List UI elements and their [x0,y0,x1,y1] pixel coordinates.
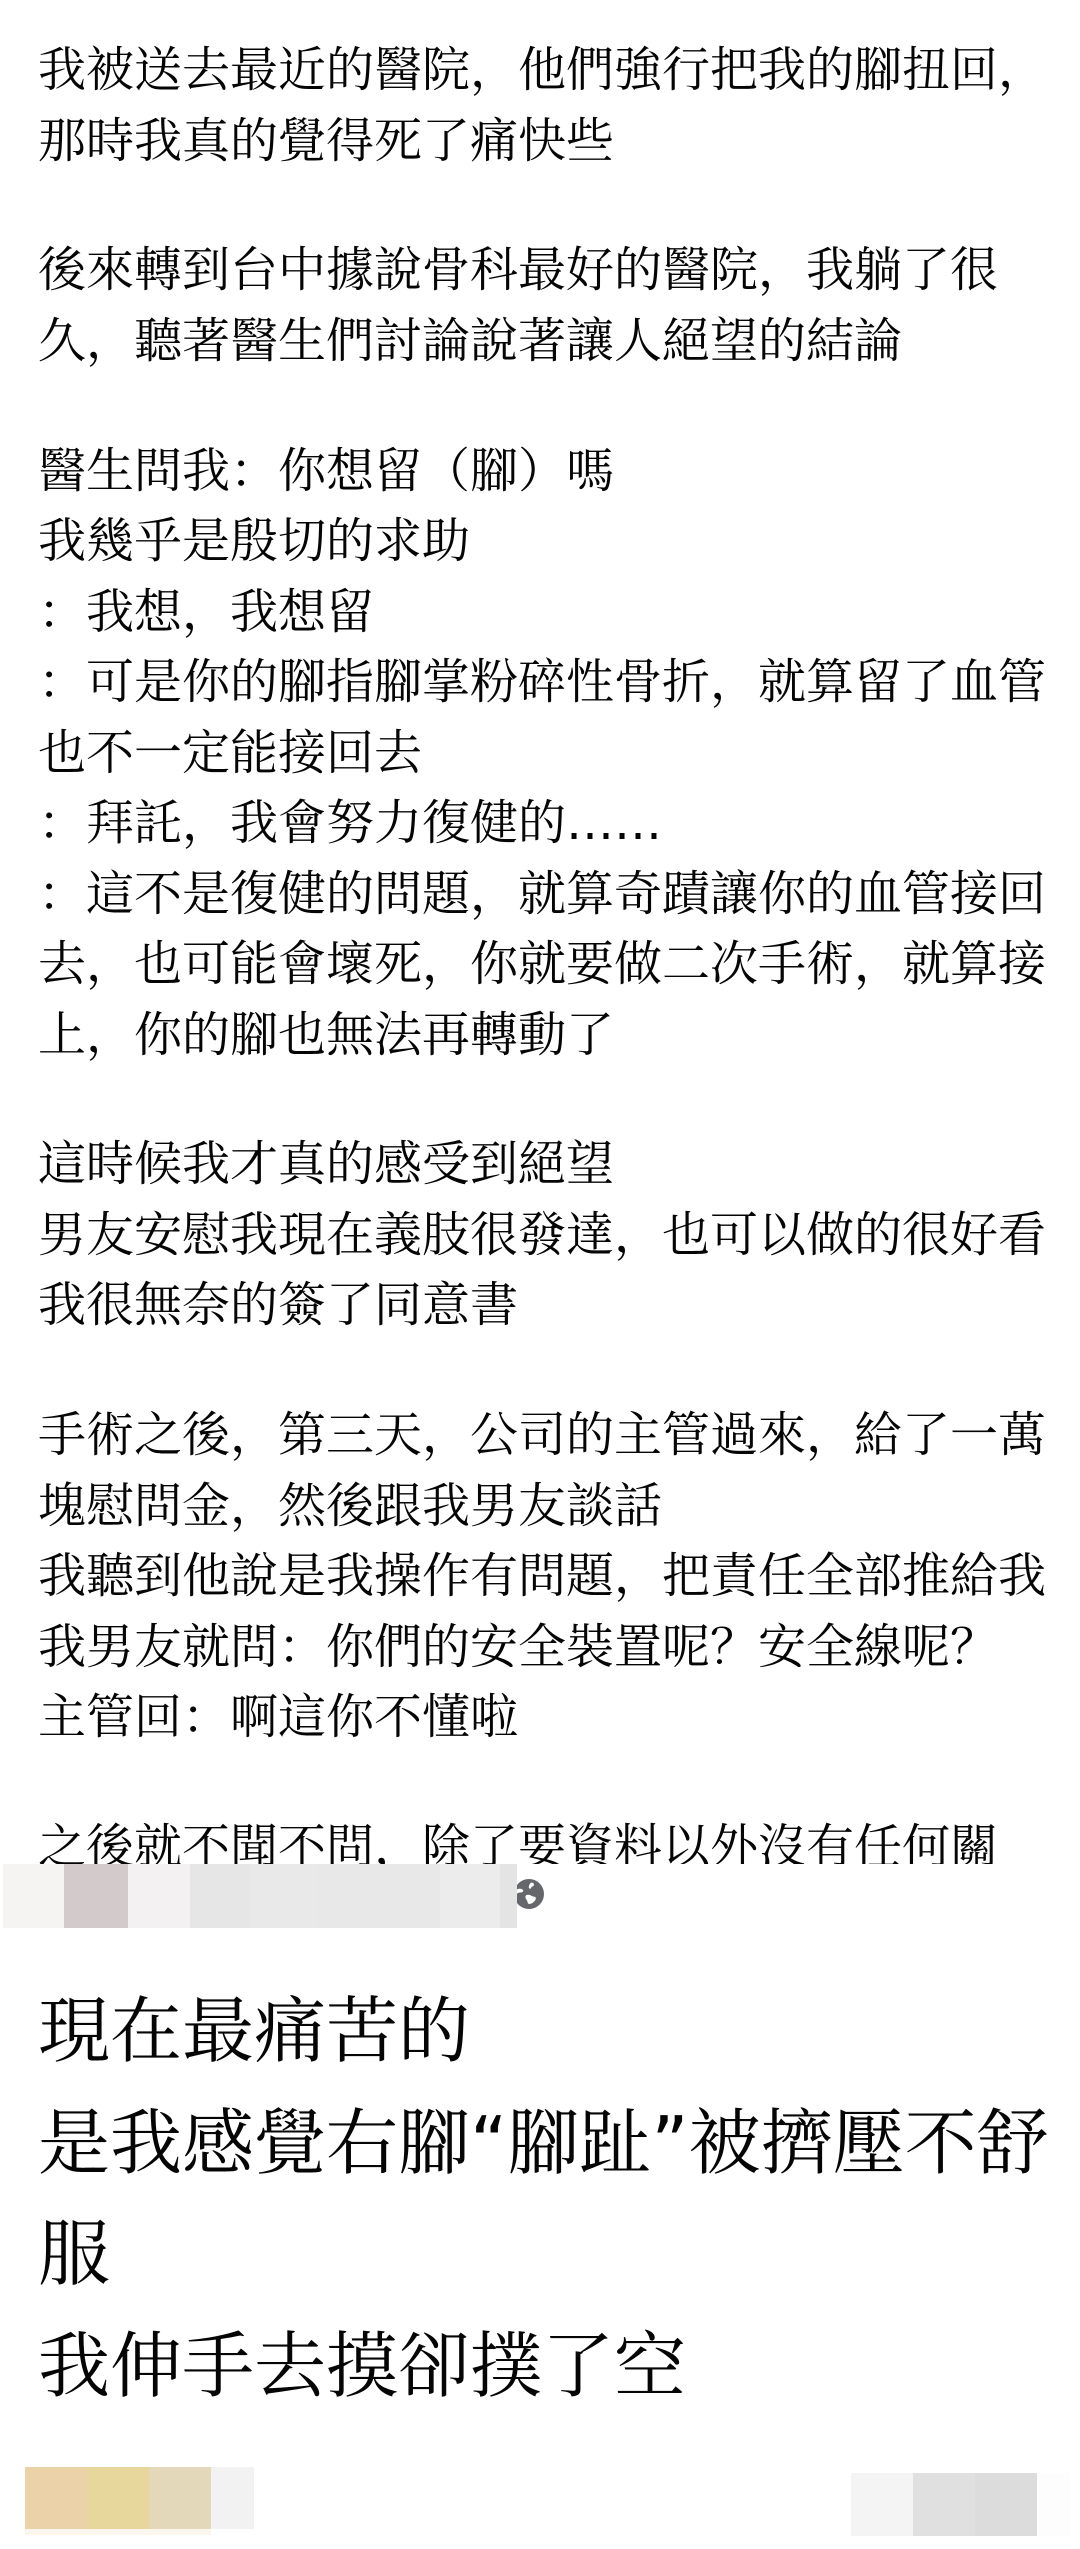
post-text-line: 後來轉到台中據說骨科最好的醫院，我躺了很 [38,235,1080,306]
post-text-line: ：我想，我想留 [38,577,1080,648]
post-text-line: 我幾乎是殷切的求助 [38,506,1080,577]
post-text-line: 去，也可能會壞死，你就要做二次手術，就算接 [38,929,1080,1000]
post-text-line: 久，聽著醫生們討論說著讓人絕望的結論 [38,306,1080,377]
post-text-line: 我聽到他說是我操作有問題，把責任全部推給我 [38,1541,1080,1612]
post-text-line: 我被送去最近的醫院，他們強行把我的腳扭回， [38,35,1080,106]
paragraph-gap [38,1341,1080,1400]
post-text-lines: 我被送去最近的醫院，他們強行把我的腳扭回， 那時我真的覺得死了痛快些 後來轉到台… [0,0,1080,1864]
redacted-reaction-count [211,2467,254,2529]
redacted-count-segment [975,2473,1037,2536]
post-text-line: 那時我真的覺得死了痛快些 [38,106,1080,177]
redacted-author-segment[interactable] [128,1864,190,1928]
status-post-text: 現在最痛苦的 是我感覺右腳“腳趾”被擠壓不舒 服 我伸手去摸卻撲了空 [38,1976,1049,2422]
status-post-line: 服 [38,2199,1049,2311]
redacted-timestamp-segment [318,1864,440,1928]
redacted-count-segment [851,2473,913,2536]
redacted-author-segment[interactable] [3,1864,64,1928]
post-text-line-cut-off: 之後就不聞不問，除了要資料以外沒有任何關 [38,1812,1080,1864]
paragraph-gap [38,1070,1080,1129]
paragraph-gap [38,176,1080,235]
status-post-line: 現在最痛苦的 [38,1976,1049,2088]
redacted-count-segment [913,2473,975,2536]
post-text-line: 我男友就問：你們的安全裝置呢？安全線呢？ [38,1612,1080,1683]
post-text-line: 塊慰問金，然後跟我男友談話 [38,1471,1080,1542]
redacted-reaction-icon [87,2467,149,2529]
post-text-line: 醫生問我：你想留（腳）嗎 [38,436,1080,507]
paragraph-gap [38,1753,1080,1812]
redacted-timestamp-segment [440,1864,500,1928]
redacted-reaction-icon [149,2467,211,2529]
post-text-body: 我被送去最近的醫院，他們強行把我的腳扭回， 那時我真的覺得死了痛快些 後來轉到台… [0,0,1080,1864]
post-text-line: 也不一定能接回去 [38,718,1080,789]
post-text-line: 手術之後，第三天，公司的主管過來，給了一萬 [38,1400,1080,1471]
redacted-timestamp-segment [250,1864,318,1928]
post-text-line: ：可是你的腳指腳掌粉碎性骨折，就算留了血管 [38,647,1080,718]
post-text-line: 這時候我才真的感受到絕望 [38,1129,1080,1200]
redacted-timestamp-segment [500,1864,517,1928]
post-text-line: ：這不是復健的問題，就算奇蹟讓你的血管接回 [38,859,1080,930]
paragraph-gap [38,376,1080,435]
redacted-count-segment [1037,2473,1070,2536]
globe-icon [514,1879,544,1909]
redacted-timestamp-segment [190,1864,250,1928]
status-post-line: 我伸手去摸卻撲了空 [38,2311,1049,2423]
redacted-author-segment[interactable] [64,1864,128,1928]
post-text-line: ：拜託，我會努力復健的…… [38,788,1080,859]
post-text-line: 男友安慰我現在義肢很發達，也可以做的很好看 [38,1200,1080,1271]
post-text-line: 上，你的腳也無法再轉動了 [38,1000,1080,1071]
post-text-line: 主管回：啊這你不懂啦 [38,1682,1080,1753]
post-header [0,1864,1080,1928]
post-text-line: 我很無奈的簽了同意書 [38,1270,1080,1341]
redacted-reaction-icon [25,2467,87,2529]
status-post-line: 是我感覺右腳“腳趾”被擠壓不舒 [38,2088,1049,2200]
